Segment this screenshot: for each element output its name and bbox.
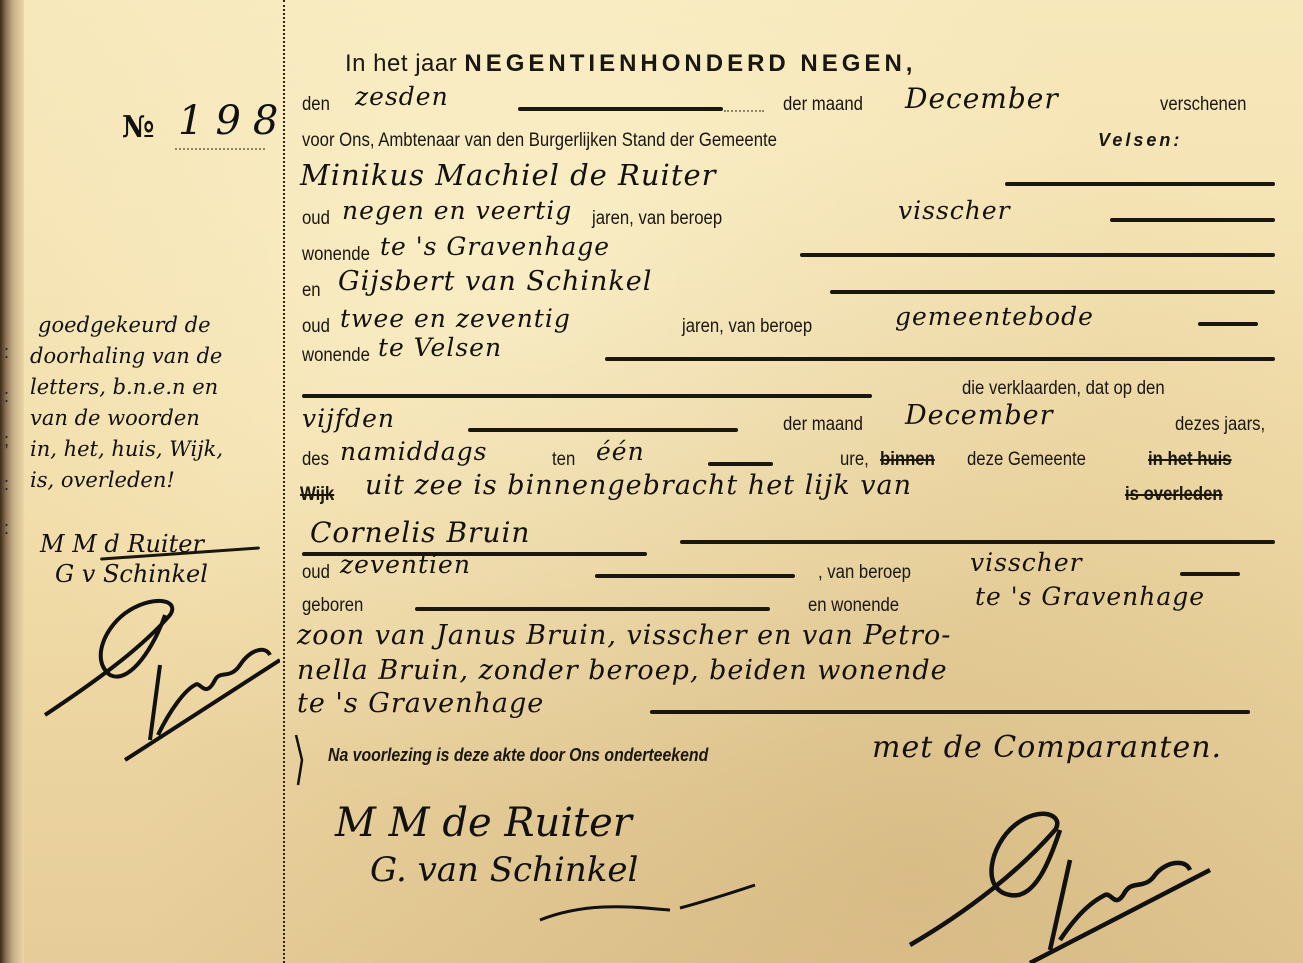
margin-note-line: goedgekeurd de (30, 310, 280, 341)
label-geboren: geboren (302, 595, 363, 617)
deceased-name: Cornelis Bruin (310, 516, 530, 549)
label-wonende: wonende (302, 345, 370, 367)
informant1-age: negen en veertig (342, 196, 572, 225)
label-wonende: wonende (302, 244, 370, 266)
event-daypart: namiddags (340, 437, 487, 466)
deceased-occupation: visscher (970, 548, 1083, 577)
label-oud: oud (302, 562, 330, 584)
event-day: vijfden (302, 404, 395, 433)
parents-line-1: zoon van Janus Bruin, visscher en van Pe… (297, 620, 951, 651)
number-symbol: № (122, 110, 155, 145)
struck-wijk: Wijk (300, 484, 334, 506)
event-description: uit zee is binnengebracht het lijk van (365, 470, 912, 501)
margin-tick-marks: ::;:: (4, 330, 9, 550)
struck-overleden: is overleden (1125, 484, 1223, 506)
closing-handwritten: met de Comparanten. (872, 730, 1222, 765)
deceased-age: zeventien (340, 550, 471, 579)
signature-informant1: M M de Ruiter (335, 800, 632, 846)
year-text: NEGENTIENHONDERD NEGEN, (464, 50, 916, 77)
declaration-text: die verklaarden, dat op den (962, 378, 1165, 400)
margin-note: goedgekeurd de doorhaling van de letters… (30, 310, 280, 496)
parents-line-2: nella Bruin, zonder beroep, beiden wonen… (297, 655, 948, 686)
event-month: December (905, 400, 1054, 431)
label-jaars: dezes jaars, (1175, 414, 1265, 436)
number-dotted-line (175, 148, 265, 150)
margin-note-line: doorhaling van de (30, 341, 280, 372)
struck-in-het-huis: in het huis (1148, 449, 1232, 471)
registration-month: December (905, 82, 1059, 115)
fill-line (1198, 322, 1258, 326)
dotted-line (724, 110, 764, 112)
margin-note-line: letters, b.n.e.n en (30, 372, 280, 403)
label-oud: oud (302, 208, 330, 230)
margin-note-line: in, het, huis, Wijk, (30, 434, 280, 465)
label-oud: oud (302, 316, 330, 338)
certificate-page: № 198 ::;:: goedgekeurd de doorhaling va… (0, 0, 1303, 963)
margin-signature-informant2: G v Schinkel (55, 560, 208, 588)
fill-line (830, 290, 1275, 294)
label-verschenen: verschenen (1160, 94, 1246, 116)
signature-underline-flourish (520, 880, 760, 930)
label-wonende: en wonende (808, 595, 899, 617)
label-des: des (302, 449, 329, 471)
label-en: en (302, 280, 321, 302)
official-signature (900, 800, 1240, 963)
informant2-name: Gijsbert van Schinkel (338, 266, 652, 297)
fill-line (595, 574, 795, 578)
year-prefix: In het jaar (345, 50, 457, 77)
margin-caret-mark (288, 730, 318, 790)
fill-line (605, 357, 1275, 361)
informant1-occupation: visscher (898, 196, 1011, 225)
informant2-age: twee en zeventig (340, 304, 571, 333)
fill-line (415, 607, 770, 611)
municipality: Velsen: (1098, 130, 1182, 151)
margin-official-signature (30, 590, 280, 770)
fill-line (650, 710, 1250, 714)
event-hour: één (596, 437, 645, 466)
informant2-occupation: gemeentebode (895, 302, 1094, 331)
label-maand: der maand (783, 414, 863, 436)
label-gemeente: deze Gemeente (967, 449, 1086, 471)
margin-note-line: van de woorden (30, 403, 280, 434)
certificate-number: 198 (178, 98, 290, 144)
margin-note-line: is, overleden! (30, 465, 280, 496)
informant1-residence: te 's Gravenhage (380, 232, 610, 261)
label-jaren-beroep: jaren, van beroep (682, 316, 812, 338)
margin-divider (283, 0, 285, 963)
fill-line (1005, 182, 1275, 186)
fill-line (708, 462, 773, 466)
label-beroep: , van beroep (818, 562, 911, 584)
label-maand: der maand (783, 94, 863, 116)
label-ten: ten (552, 449, 575, 471)
parents-line-3: te 's Gravenhage (297, 688, 544, 719)
struck-binnen: binnen (880, 449, 935, 471)
form-header: In het jaar NEGENTIENHONDERD NEGEN, (345, 50, 916, 78)
fill-line (1110, 218, 1275, 222)
informant2-residence: te Velsen (378, 333, 502, 362)
label-ure: ure, (840, 449, 869, 471)
fill-line (1180, 572, 1240, 576)
closing-printed: Na voorlezing is deze akte door Ons onde… (328, 745, 708, 766)
label-den: den (302, 94, 330, 116)
deceased-residence: te 's Gravenhage (975, 582, 1205, 611)
label-jaren-beroep: jaren, van beroep (592, 208, 722, 230)
fill-line (302, 394, 872, 398)
official-text: voor Ons, Ambtenaar van den Burgerlijken… (302, 130, 777, 152)
fill-line (680, 540, 1275, 544)
registration-day: zesden (355, 82, 449, 111)
informant1-name: Minikus Machiel de Ruiter (300, 158, 717, 192)
fill-line (800, 253, 1275, 257)
fill-line (468, 428, 738, 432)
fill-line (518, 107, 723, 111)
